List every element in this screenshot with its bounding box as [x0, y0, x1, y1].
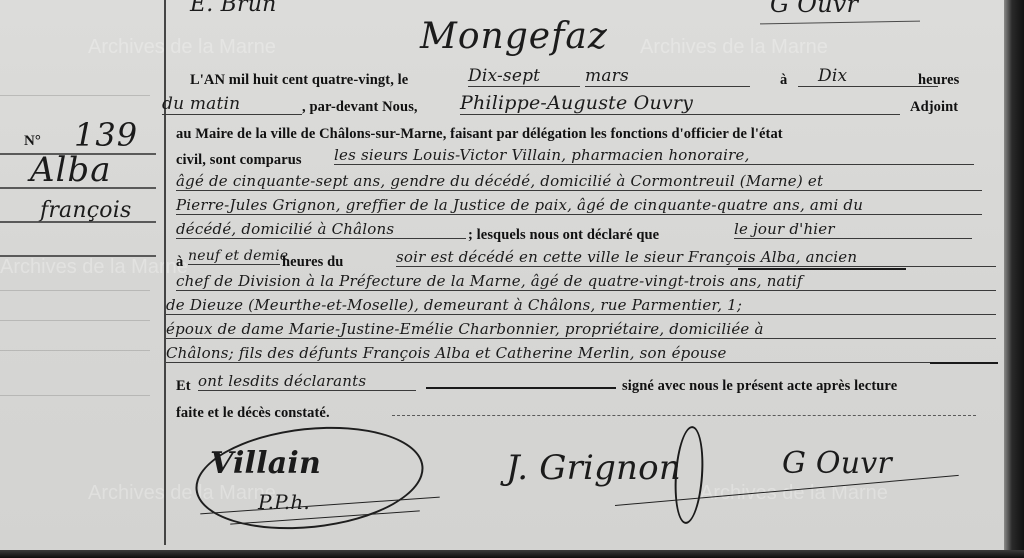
ghost-line	[0, 320, 150, 321]
filler-line	[392, 415, 976, 417]
printed-text: Et	[176, 378, 191, 395]
printed-text: , par-devant Nous,	[302, 99, 418, 116]
printed-text: signé avec nous le présent acte après le…	[622, 378, 897, 395]
declarant-1-details: âgé de cinquante-sept ans, gendre du déc…	[176, 172, 982, 191]
previous-act-signature: E. Brun	[190, 0, 276, 17]
signature: J. Grignon	[506, 448, 681, 488]
margin-given-name: françois	[40, 198, 131, 223]
declarants-action: ont lesdits déclarants	[198, 372, 416, 391]
printed-text: au Maire de la ville de Châlons-sur-Marn…	[176, 126, 783, 143]
declarant-1: les sieurs Louis-Victor Villain, pharmac…	[334, 146, 974, 165]
declarant-2-residence: décédé, domicilié à Châlons	[176, 220, 466, 239]
entry-number: 139	[74, 116, 138, 154]
death-hour: neuf et demie	[188, 248, 280, 265]
signature-initials: P.P.h.	[258, 490, 310, 514]
printed-text: L'AN mil huit cent quatre-vingt, le	[190, 72, 408, 89]
printed-text: à	[176, 254, 183, 271]
printed-text: à	[780, 72, 787, 89]
watermark: Archives de la Marne	[640, 36, 828, 59]
officer-name: Philippe-Auguste Ouvry	[460, 92, 900, 115]
watermark: Archives de la Marne	[700, 482, 888, 505]
filler-line	[426, 387, 616, 389]
printed-text: heures	[918, 72, 959, 89]
date-day: Dix-sept	[468, 66, 580, 87]
deceased-spouse: époux de dame Marie-Justine-Emélie Charb…	[166, 320, 996, 339]
ghost-line	[0, 95, 150, 96]
signature: Villain	[210, 446, 321, 481]
margin-surname: Alba	[30, 150, 111, 190]
death-day: le jour d'hier	[734, 220, 972, 239]
watermark: Archives de la Marne	[0, 256, 188, 279]
signature-loop	[672, 425, 707, 525]
name-underline	[738, 268, 906, 270]
signature-flourish	[760, 21, 920, 25]
declarant-2: Pierre-Jules Grignon, greffier de la Jus…	[176, 196, 982, 215]
ghost-line	[0, 290, 150, 291]
hour: Dix	[798, 66, 938, 87]
time-of-day: du matin	[162, 94, 302, 115]
ghost-line	[0, 350, 150, 351]
date-month: mars	[585, 66, 750, 87]
register-page: Archives de la Marne Archives de la Marn…	[0, 0, 1004, 550]
deceased-occupation: chef de Division à la Préfecture de la M…	[176, 272, 996, 291]
entry-number-label: N°	[24, 133, 41, 150]
margin-rule	[164, 0, 166, 545]
previous-act-signature: G Ouvr	[770, 0, 858, 18]
printed-text: faite et le décès constaté.	[176, 405, 330, 422]
printed-text: heures du	[282, 254, 343, 271]
header-place-name: Mongefaz	[420, 16, 608, 57]
printed-text: ; lesquels nous ont déclaré que	[468, 227, 659, 244]
printed-text: Adjoint	[910, 99, 958, 116]
deceased-parents: Châlons; fils des défunts François Alba …	[166, 344, 936, 363]
margin-line	[0, 255, 156, 257]
filler-line	[930, 362, 998, 364]
deceased-origin: de Dieuze (Meurthe-et-Moselle), demeuran…	[166, 296, 996, 315]
page-edge-bottom	[0, 550, 1024, 558]
watermark: Archives de la Marne	[88, 36, 276, 59]
ghost-line	[0, 395, 150, 396]
signature: G Ouvr	[782, 446, 892, 481]
deceased-name: soir est décédé en cette ville le sieur …	[396, 248, 996, 267]
page-edge-right	[1004, 0, 1024, 558]
printed-text: civil, sont comparus	[176, 152, 302, 169]
